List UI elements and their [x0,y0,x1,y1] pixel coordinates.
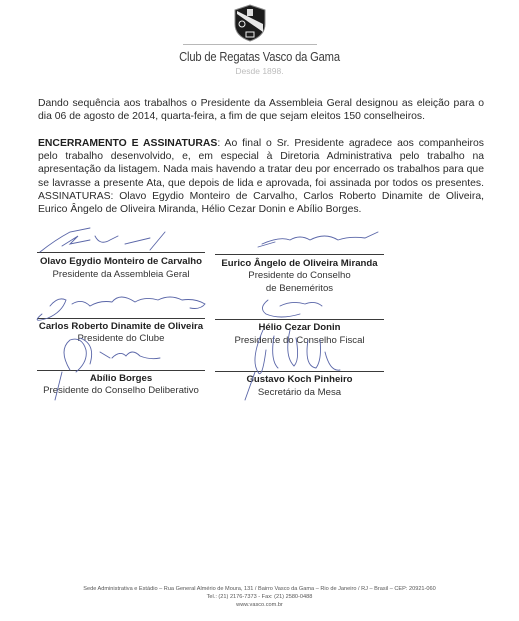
signature-line [215,254,384,255]
club-since: Desde 1898. [0,66,519,76]
club-name: Club de Regatas Vasco da Gama [36,49,482,64]
signatory-name: Gustavo Koch Pinheiro [215,374,384,385]
signature-line [37,370,205,371]
header-divider [183,44,317,45]
signature-line [215,319,384,320]
paragraph-election: Dando sequência aos trabalhos o Presiden… [38,97,484,123]
signatory-name: Abílio Borges [37,373,205,384]
signatory-role: Presidente do Conselho Fiscal [215,335,384,348]
document-page: Club de Regatas Vasco da Gama Desde 1898… [0,0,519,621]
signature-line [215,371,384,372]
closing-heading: ENCERRAMENTO E ASSINATURAS [38,138,217,149]
signature-line [37,318,205,319]
signatory-role: Presidente da Assembleia Geral [37,269,205,282]
signatory-name: Carlos Roberto Dinamite de Oliveira [37,321,205,332]
closing-text: : Ao final o Sr. Presidente agradece aos… [38,138,484,215]
signatory-name: Hélio Cezar Donin [215,322,384,333]
club-crest-icon [233,4,267,42]
footer-phones: Tel.: (21) 2176-7373 - Fax: (21) 2580-04… [0,593,519,601]
signatory-name: Olavo Egydio Monteiro de Carvalho [37,256,205,267]
signature-line [37,252,205,253]
footer-website: www.vasco.com.br [0,601,519,609]
signatory-role: Presidente do Conselho Deliberativo [37,385,205,398]
signatory-role: Secretário da Mesa [215,387,384,400]
signatory-role: Presidente do Conselho de Beneméritos [245,270,354,295]
paragraph-closing: ENCERRAMENTO E ASSINATURAS: Ao final o S… [38,137,484,216]
handwritten-signatures [0,0,519,621]
signatory-name: Eurico Ângelo de Oliveira Miranda [215,258,384,269]
footer-address: Sede Administrativa e Estádio – Rua Gene… [0,585,519,593]
signatory-role: Presidente do Clube [37,333,205,346]
